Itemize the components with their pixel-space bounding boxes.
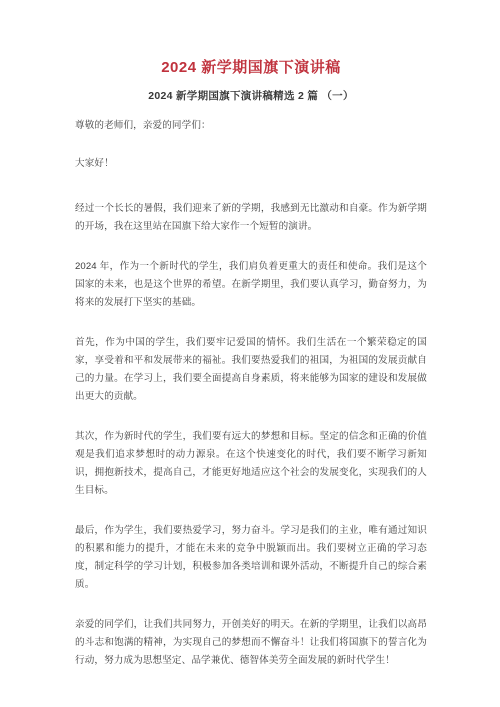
paragraph-second-dreams: 其次，作为新时代的学生，我们要有远大的梦想和目标。坚定的信念和正确的价值观是我们… (75, 428, 427, 500)
paragraph-first-patriotism: 首先，作为中国的学生，我们要牢记爱国的情怀。我们生活在一个繁荣稳定的国家，享受着… (75, 334, 427, 406)
document-page: 2024 新学期国旗下演讲稿 2024 新学期国旗下演讲稿精选 2 篇 （一） … (0, 0, 500, 707)
paragraph-responsibility: 2024 年，作为一个新时代的学生，我们肩负着更重大的责任和使命。我们是这个国家… (75, 258, 427, 312)
document-subtitle: 2024 新学期国旗下演讲稿精选 2 篇 （一） (75, 89, 427, 103)
salute-line: 大家好！ (75, 155, 427, 173)
greeting-line: 尊敬的老师们，亲爱的同学们： (75, 117, 427, 135)
paragraph-intro: 经过一个长长的暑假，我们迎来了新的学期，我感到无比激动和自豪。作为新学期的开场，… (75, 200, 427, 236)
paragraph-last-study: 最后，作为学生，我们要热爱学习，努力奋斗。学习是我们的主业，唯有通过知识的积累和… (75, 522, 427, 594)
paragraph-closing: 亲爱的同学们，让我们共同努力，开创美好的明天。在新的学期里，让我们以高昂的斗志和… (75, 616, 427, 670)
document-title: 2024 新学期国旗下演讲稿 (75, 58, 427, 78)
